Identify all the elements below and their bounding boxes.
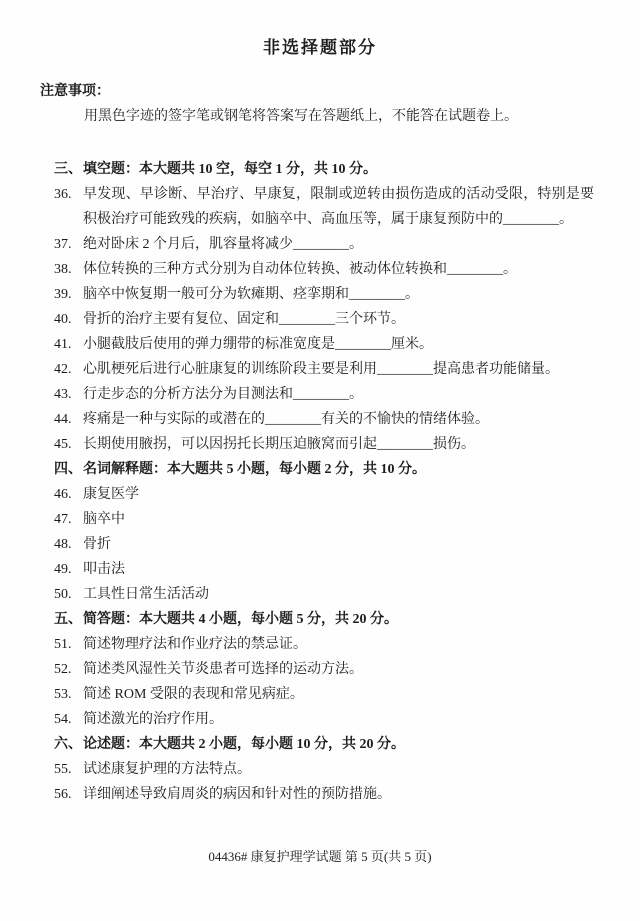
question-54: 54. 简述激光的治疗作用。 bbox=[54, 707, 594, 732]
question-36: 36. 早发现、早诊断、早治疗、早康复，限制或逆转由损伤造成的活动受限，特别是要… bbox=[54, 182, 594, 232]
section-heading-short-answer: 五、 简答题：本大题共 4 小题，每小题 5 分，共 20 分。 bbox=[54, 607, 594, 632]
question-number: 51. bbox=[54, 632, 83, 657]
question-number: 47. bbox=[54, 507, 83, 532]
question-text: 简述 ROM 受限的表现和常见病症。 bbox=[83, 682, 594, 707]
question-47: 47. 脑卒中 bbox=[54, 507, 594, 532]
question-40: 40. 骨折的治疗主要有复位、固定和________三个环节。 bbox=[54, 307, 594, 332]
question-text: 叩击法 bbox=[83, 557, 594, 582]
section-heading-text: 简答题：本大题共 4 小题，每小题 5 分，共 20 分。 bbox=[83, 607, 594, 632]
question-number: 53. bbox=[54, 682, 83, 707]
question-50: 50. 工具性日常生活活动 bbox=[54, 582, 594, 607]
question-text: 心肌梗死后进行心脏康复的训练阶段主要是利用________提高患者功能储量。 bbox=[83, 357, 594, 382]
section-heading-fill-blank: 三、 填空题：本大题共 10 空，每空 1 分，共 10 分。 bbox=[54, 157, 594, 182]
notice-text: 用黑色字迹的签字笔或钢笔将答案写在答题纸上，不能答在试题卷上。 bbox=[84, 106, 594, 128]
section-heading-text: 名词解释题：本大题共 5 小题，每小题 2 分，共 10 分。 bbox=[83, 457, 594, 482]
question-text: 绝对卧床 2 个月后，肌容量将减少________。 bbox=[83, 232, 594, 257]
question-number: 48. bbox=[54, 532, 83, 557]
question-number: 40. bbox=[54, 307, 83, 332]
question-53: 53. 简述 ROM 受限的表现和常见病症。 bbox=[54, 682, 594, 707]
question-45: 45. 长期使用腋拐，可以因拐托长期压迫腋窝而引起________损伤。 bbox=[54, 432, 594, 457]
question-number: 50. bbox=[54, 582, 83, 607]
section-heading-definitions: 四、 名词解释题：本大题共 5 小题，每小题 2 分，共 10 分。 bbox=[54, 457, 594, 482]
question-text: 工具性日常生活活动 bbox=[83, 582, 594, 607]
question-number: 45. bbox=[54, 432, 83, 457]
question-43: 43. 行走步态的分析方法分为目测法和________。 bbox=[54, 382, 594, 407]
question-42: 42. 心肌梗死后进行心脏康复的训练阶段主要是利用________提高患者功能储… bbox=[54, 357, 594, 382]
question-text: 脑卒中恢复期一般可分为软瘫期、痉挛期和________。 bbox=[83, 282, 594, 307]
section-label: 六、 bbox=[54, 732, 83, 757]
section-heading-text: 填空题：本大题共 10 空，每空 1 分，共 10 分。 bbox=[83, 157, 594, 182]
question-56: 56. 详细阐述导致肩周炎的病因和针对性的预防措施。 bbox=[54, 782, 594, 807]
question-55: 55. 试述康复护理的方法特点。 bbox=[54, 757, 594, 782]
notice-label: 注意事项： bbox=[40, 81, 640, 103]
question-39: 39. 脑卒中恢复期一般可分为软瘫期、痉挛期和________。 bbox=[54, 282, 594, 307]
question-52: 52. 简述类风湿性关节炎患者可选择的运动方法。 bbox=[54, 657, 594, 682]
question-number: 43. bbox=[54, 382, 83, 407]
question-text: 长期使用腋拐，可以因拐托长期压迫腋窝而引起________损伤。 bbox=[83, 432, 594, 457]
question-text: 康复医学 bbox=[83, 482, 594, 507]
question-number: 38. bbox=[54, 257, 83, 282]
question-41: 41. 小腿截肢后使用的弹力绷带的标准宽度是________厘米。 bbox=[54, 332, 594, 357]
question-number: 49. bbox=[54, 557, 83, 582]
question-49: 49. 叩击法 bbox=[54, 557, 594, 582]
question-text: 疼痛是一种与实际的或潜在的________有关的不愉快的情绪体验。 bbox=[83, 407, 594, 432]
question-48: 48. 骨折 bbox=[54, 532, 594, 557]
question-text: 小腿截肢后使用的弹力绷带的标准宽度是________厘米。 bbox=[83, 332, 594, 357]
question-number: 46. bbox=[54, 482, 83, 507]
question-text: 骨折的治疗主要有复位、固定和________三个环节。 bbox=[83, 307, 594, 332]
question-number: 41. bbox=[54, 332, 83, 357]
page-footer: 04436# 康复护理学试题 第 5 页(共 5 页) bbox=[0, 846, 640, 865]
question-number: 37. bbox=[54, 232, 83, 257]
question-46: 46. 康复医学 bbox=[54, 482, 594, 507]
question-text: 体位转换的三种方式分别为自动体位转换、被动体位转换和________。 bbox=[83, 257, 594, 282]
question-text: 简述类风湿性关节炎患者可选择的运动方法。 bbox=[83, 657, 594, 682]
section-label: 四、 bbox=[54, 457, 83, 482]
question-text: 试述康复护理的方法特点。 bbox=[83, 757, 594, 782]
question-text: 脑卒中 bbox=[83, 507, 594, 532]
question-number: 44. bbox=[54, 407, 83, 432]
question-number: 36. bbox=[54, 182, 83, 232]
question-number: 42. bbox=[54, 357, 83, 382]
section-heading-text: 论述题：本大题共 2 小题，每小题 10 分，共 20 分。 bbox=[83, 732, 594, 757]
section-heading-essay: 六、 论述题：本大题共 2 小题，每小题 10 分，共 20 分。 bbox=[54, 732, 594, 757]
question-51: 51. 简述物理疗法和作业疗法的禁忌证。 bbox=[54, 632, 594, 657]
question-37: 37. 绝对卧床 2 个月后，肌容量将减少________。 bbox=[54, 232, 594, 257]
question-text: 简述激光的治疗作用。 bbox=[83, 707, 594, 732]
question-number: 39. bbox=[54, 282, 83, 307]
question-body: 三、 填空题：本大题共 10 空，每空 1 分，共 10 分。 36. 早发现、… bbox=[0, 157, 640, 807]
question-44: 44. 疼痛是一种与实际的或潜在的________有关的不愉快的情绪体验。 bbox=[54, 407, 594, 432]
section-label: 五、 bbox=[54, 607, 83, 632]
exam-page: 非选择题部分 注意事项： 用黑色字迹的签字笔或钢笔将答案写在答题纸上，不能答在试… bbox=[0, 0, 640, 921]
question-text: 骨折 bbox=[83, 532, 594, 557]
question-text: 详细阐述导致肩周炎的病因和针对性的预防措施。 bbox=[83, 782, 594, 807]
section-label: 三、 bbox=[54, 157, 83, 182]
question-number: 54. bbox=[54, 707, 83, 732]
question-number: 56. bbox=[54, 782, 83, 807]
question-38: 38. 体位转换的三种方式分别为自动体位转换、被动体位转换和________。 bbox=[54, 257, 594, 282]
question-number: 55. bbox=[54, 757, 83, 782]
question-text: 早发现、早诊断、早治疗、早康复，限制或逆转由损伤造成的活动受限，特别是要积极治疗… bbox=[83, 182, 594, 232]
question-text: 行走步态的分析方法分为目测法和________。 bbox=[83, 382, 594, 407]
question-text: 简述物理疗法和作业疗法的禁忌证。 bbox=[83, 632, 594, 657]
page-title: 非选择题部分 bbox=[0, 0, 640, 58]
question-number: 52. bbox=[54, 657, 83, 682]
